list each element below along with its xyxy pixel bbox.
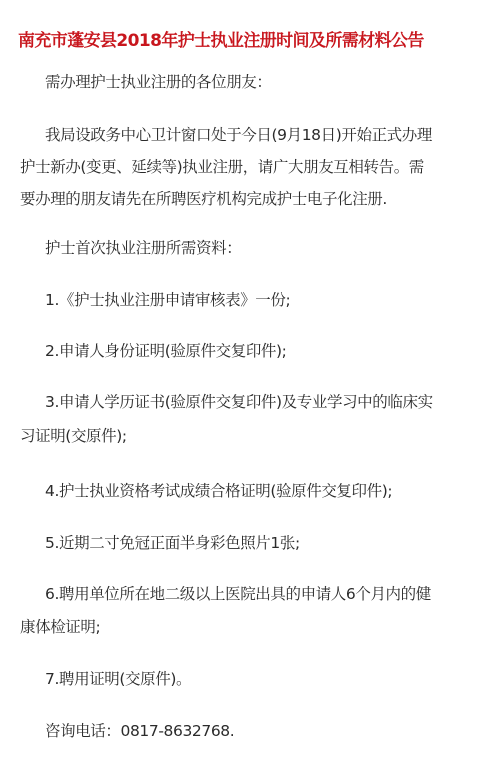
list-item-3-cont: 习证明(交原件);: [20, 426, 127, 446]
announcement-title: 南充市蓬安县2018年护士执业注册时间及所需材料公告: [18, 26, 424, 51]
materials-heading: 护士首次执业注册所需资料：: [45, 238, 241, 258]
list-item-6: 6.聘用单位所在地二级以上医院出具的申请人6个月内的健: [45, 584, 431, 604]
list-item-3: 3.申请人学历证书(验原件交复印件)及专业学习中的临床实: [45, 392, 433, 412]
list-item-6-cont: 康体检证明;: [20, 617, 100, 637]
list-item-4: 4.护士执业资格考试成绩合格证明(验原件交复印件);: [45, 481, 392, 501]
notice-line-1: 我局设政务中心卫计窗口处于今日(9月18日)开始正式办理: [45, 125, 432, 145]
greeting: 需办理护士执业注册的各位朋友：: [45, 72, 272, 92]
contact-phone: 咨询电话：0817-8632768.: [45, 721, 234, 741]
list-item-1: 1.《护士执业注册申请审核表》一份;: [45, 290, 290, 310]
list-item-5: 5.近期二寸免冠正面半身彩色照片1张;: [45, 533, 300, 553]
notice-line-2: 护士新办(变更、延续等)执业注册，请广大朋友互相转告。需: [20, 157, 424, 177]
list-item-2: 2.申请人身份证明(验原件交复印件);: [45, 341, 287, 361]
notice-line-3: 要办理的朋友请先在所聘医疗机构完成护士电子化注册.: [20, 189, 387, 209]
list-item-7: 7.聘用证明(交原件)。: [45, 669, 191, 689]
